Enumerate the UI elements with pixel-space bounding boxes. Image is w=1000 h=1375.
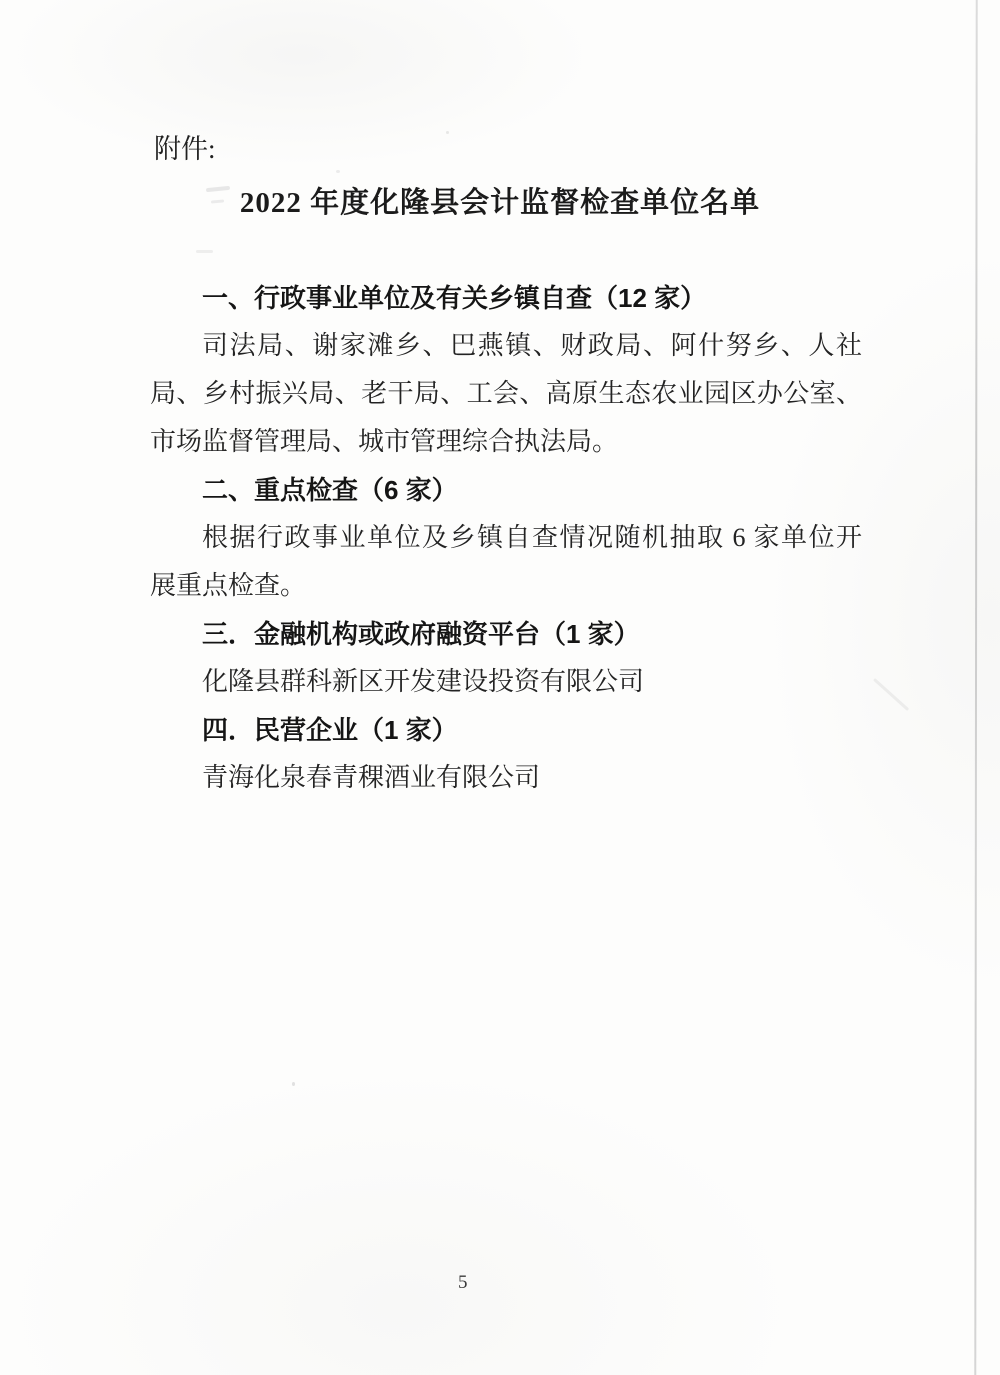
body-text-line: 化隆县群科新区开发建设投资有限公司: [150, 658, 862, 706]
scan-speck: [292, 1082, 295, 1086]
body-text-line: 司法局、谢家滩乡、巴燕镇、财政局、阿什努乡、人社: [150, 322, 862, 370]
scan-speck: [446, 131, 449, 134]
scan-smudge: [873, 678, 909, 711]
scan-smudge: [196, 250, 213, 253]
body-text-line: 市场监督管理局、城市管理综合执法局。: [150, 418, 862, 466]
section-heading: 三．金融机构或政府融资平台（1 家）: [150, 610, 862, 658]
section-heading: 一、行政事业单位及有关乡镇自查（12 家）: [150, 274, 862, 322]
document-title: 2022 年度化隆县会计监督检查单位名单: [0, 184, 1000, 222]
page-number: 5: [458, 1270, 468, 1296]
scan-speck: [336, 170, 340, 173]
document-sections: 一、行政事业单位及有关乡镇自查（12 家）司法局、谢家滩乡、巴燕镇、财政局、阿什…: [150, 274, 862, 802]
section-heading: 二、重点检查（6 家）: [150, 466, 862, 514]
section-heading: 四．民营企业（1 家）: [150, 706, 862, 754]
body-text-line: 青海化泉春青稞酒业有限公司: [150, 754, 862, 802]
body-text-line: 根据行政事业单位及乡镇自查情况随机抽取 6 家单位开: [150, 514, 862, 562]
attachment-label: 附件:: [154, 133, 216, 165]
scanned-document-page: 附件: 2022 年度化隆县会计监督检查单位名单 一、行政事业单位及有关乡镇自查…: [0, 0, 1000, 1375]
body-text-line: 局、乡村振兴局、老干局、工会、高原生态农业园区办公室、: [150, 370, 862, 418]
body-text-line: 展重点检查。: [150, 562, 862, 610]
